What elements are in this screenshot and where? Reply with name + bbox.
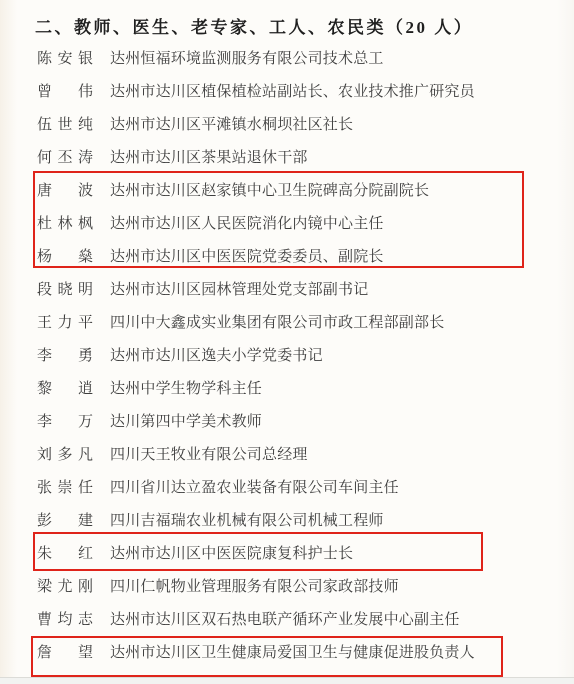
person-title: 达州中学生物学科主任 <box>110 377 262 398</box>
list-item-highlighted: 朱 红 达州市达川区中医医院康复科护士长 <box>0 536 574 569</box>
list-item: 李 勇 达州市达川区逸夫小学党委书记 <box>0 338 574 371</box>
person-name: 段晓明 <box>37 278 100 299</box>
list-item: 梁尤刚 四川仁帆物业管理服务有限公司家政部技师 <box>0 569 574 602</box>
list-item: 彭 建 四川吉福瑞农业机械有限公司机械工程师 <box>0 503 574 536</box>
list-item-highlighted: 杨 燊 达州市达川区中医医院党委委员、副院长 <box>0 239 574 272</box>
person-name: 黎 逍 <box>37 377 100 398</box>
person-title: 达州市达川区园林管理处党支部副书记 <box>110 278 368 299</box>
person-name: 何丕涛 <box>37 146 100 167</box>
person-name: 曾 伟 <box>37 80 100 101</box>
page-bottom-edge <box>0 677 574 684</box>
person-title: 四川仁帆物业管理服务有限公司家政部技师 <box>110 575 399 596</box>
person-title: 达州市达川区双石热电联产循环产业发展中心副主任 <box>110 608 460 629</box>
person-title: 达川第四中学美术教师 <box>110 410 262 431</box>
document-page: 二、教师、医生、老专家、工人、农民类（20 人） 陈安银 达州恒福环境监测服务有… <box>0 0 574 684</box>
person-title: 达州市达川区茶果站退休干部 <box>110 146 308 167</box>
list-item: 陈安银 达州恒福环境监测服务有限公司技术总工 <box>0 41 574 74</box>
person-title: 达州市达川区植保植检站副站长、农业技术推广研究员 <box>110 80 475 101</box>
person-name: 唐 波 <box>37 179 100 200</box>
person-name: 李 万 <box>37 410 100 431</box>
person-title: 达州市达川区人民医院消化内镜中心主任 <box>110 212 384 233</box>
list-item: 王力平 四川中大鑫成实业集团有限公司市政工程部副部长 <box>0 305 574 338</box>
person-name: 伍世纯 <box>37 113 100 134</box>
list-item: 曹均志 达州市达川区双石热电联产循环产业发展中心副主任 <box>0 602 574 635</box>
person-name: 张崇任 <box>37 476 100 497</box>
person-title: 达州恒福环境监测服务有限公司技术总工 <box>110 47 384 68</box>
list-item: 黎 逍 达州中学生物学科主任 <box>0 371 574 404</box>
person-title: 四川吉福瑞农业机械有限公司机械工程师 <box>110 509 384 530</box>
person-title: 达州市达川区逸夫小学党委书记 <box>110 344 323 365</box>
person-title: 达州市达川区卫生健康局爱国卫生与健康促进股负责人 <box>110 641 475 662</box>
person-name: 陈安银 <box>37 47 100 68</box>
person-name: 詹 望 <box>37 641 100 662</box>
person-title: 达州市达川区中医医院党委委员、副院长 <box>110 245 384 266</box>
person-title: 达州市达川区中医医院康复科护士长 <box>110 542 353 563</box>
list-item: 曾 伟 达州市达川区植保植检站副站长、农业技术推广研究员 <box>0 74 574 107</box>
list-item: 张崇任 四川省川达立盈农业装备有限公司车间主任 <box>0 470 574 503</box>
list-item: 伍世纯 达州市达川区平滩镇水桐坝社区社长 <box>0 107 574 140</box>
person-title: 四川中大鑫成实业集团有限公司市政工程部副部长 <box>110 311 444 332</box>
list-item: 何丕涛 达州市达川区茶果站退休干部 <box>0 140 574 173</box>
person-title: 达州市达川区赵家镇中心卫生院碑高分院副院长 <box>110 179 429 200</box>
person-name: 曹均志 <box>37 608 100 629</box>
person-name: 杜林枫 <box>37 212 100 233</box>
person-name: 梁尤刚 <box>37 575 100 596</box>
list-item-highlighted: 杜林枫 达州市达川区人民医院消化内镜中心主任 <box>0 206 574 239</box>
person-name: 王力平 <box>37 311 100 332</box>
person-title: 四川天王牧业有限公司总经理 <box>110 443 308 464</box>
list-item: 李 万 达川第四中学美术教师 <box>0 404 574 437</box>
list-item: 段晓明 达州市达川区园林管理处党支部副书记 <box>0 272 574 305</box>
person-title: 四川省川达立盈农业装备有限公司车间主任 <box>110 476 399 497</box>
person-name: 朱 红 <box>37 542 100 563</box>
person-title: 达州市达川区平滩镇水桐坝社区社长 <box>110 113 353 134</box>
person-name: 杨 燊 <box>37 245 100 266</box>
list-item-highlighted: 詹 望 达州市达川区卫生健康局爱国卫生与健康促进股负责人 <box>0 635 574 668</box>
person-name: 彭 建 <box>37 509 100 530</box>
list-item: 刘多凡 四川天王牧业有限公司总经理 <box>0 437 574 470</box>
list-item-highlighted: 唐 波 达州市达川区赵家镇中心卫生院碑高分院副院长 <box>0 173 574 206</box>
section-title: 二、教师、医生、老专家、工人、农民类（20 人） <box>35 13 473 38</box>
person-name: 刘多凡 <box>37 443 100 464</box>
entries-list: 陈安银 达州恒福环境监测服务有限公司技术总工 曾 伟 达州市达川区植保植检站副站… <box>0 41 574 668</box>
person-name: 李 勇 <box>37 344 100 365</box>
